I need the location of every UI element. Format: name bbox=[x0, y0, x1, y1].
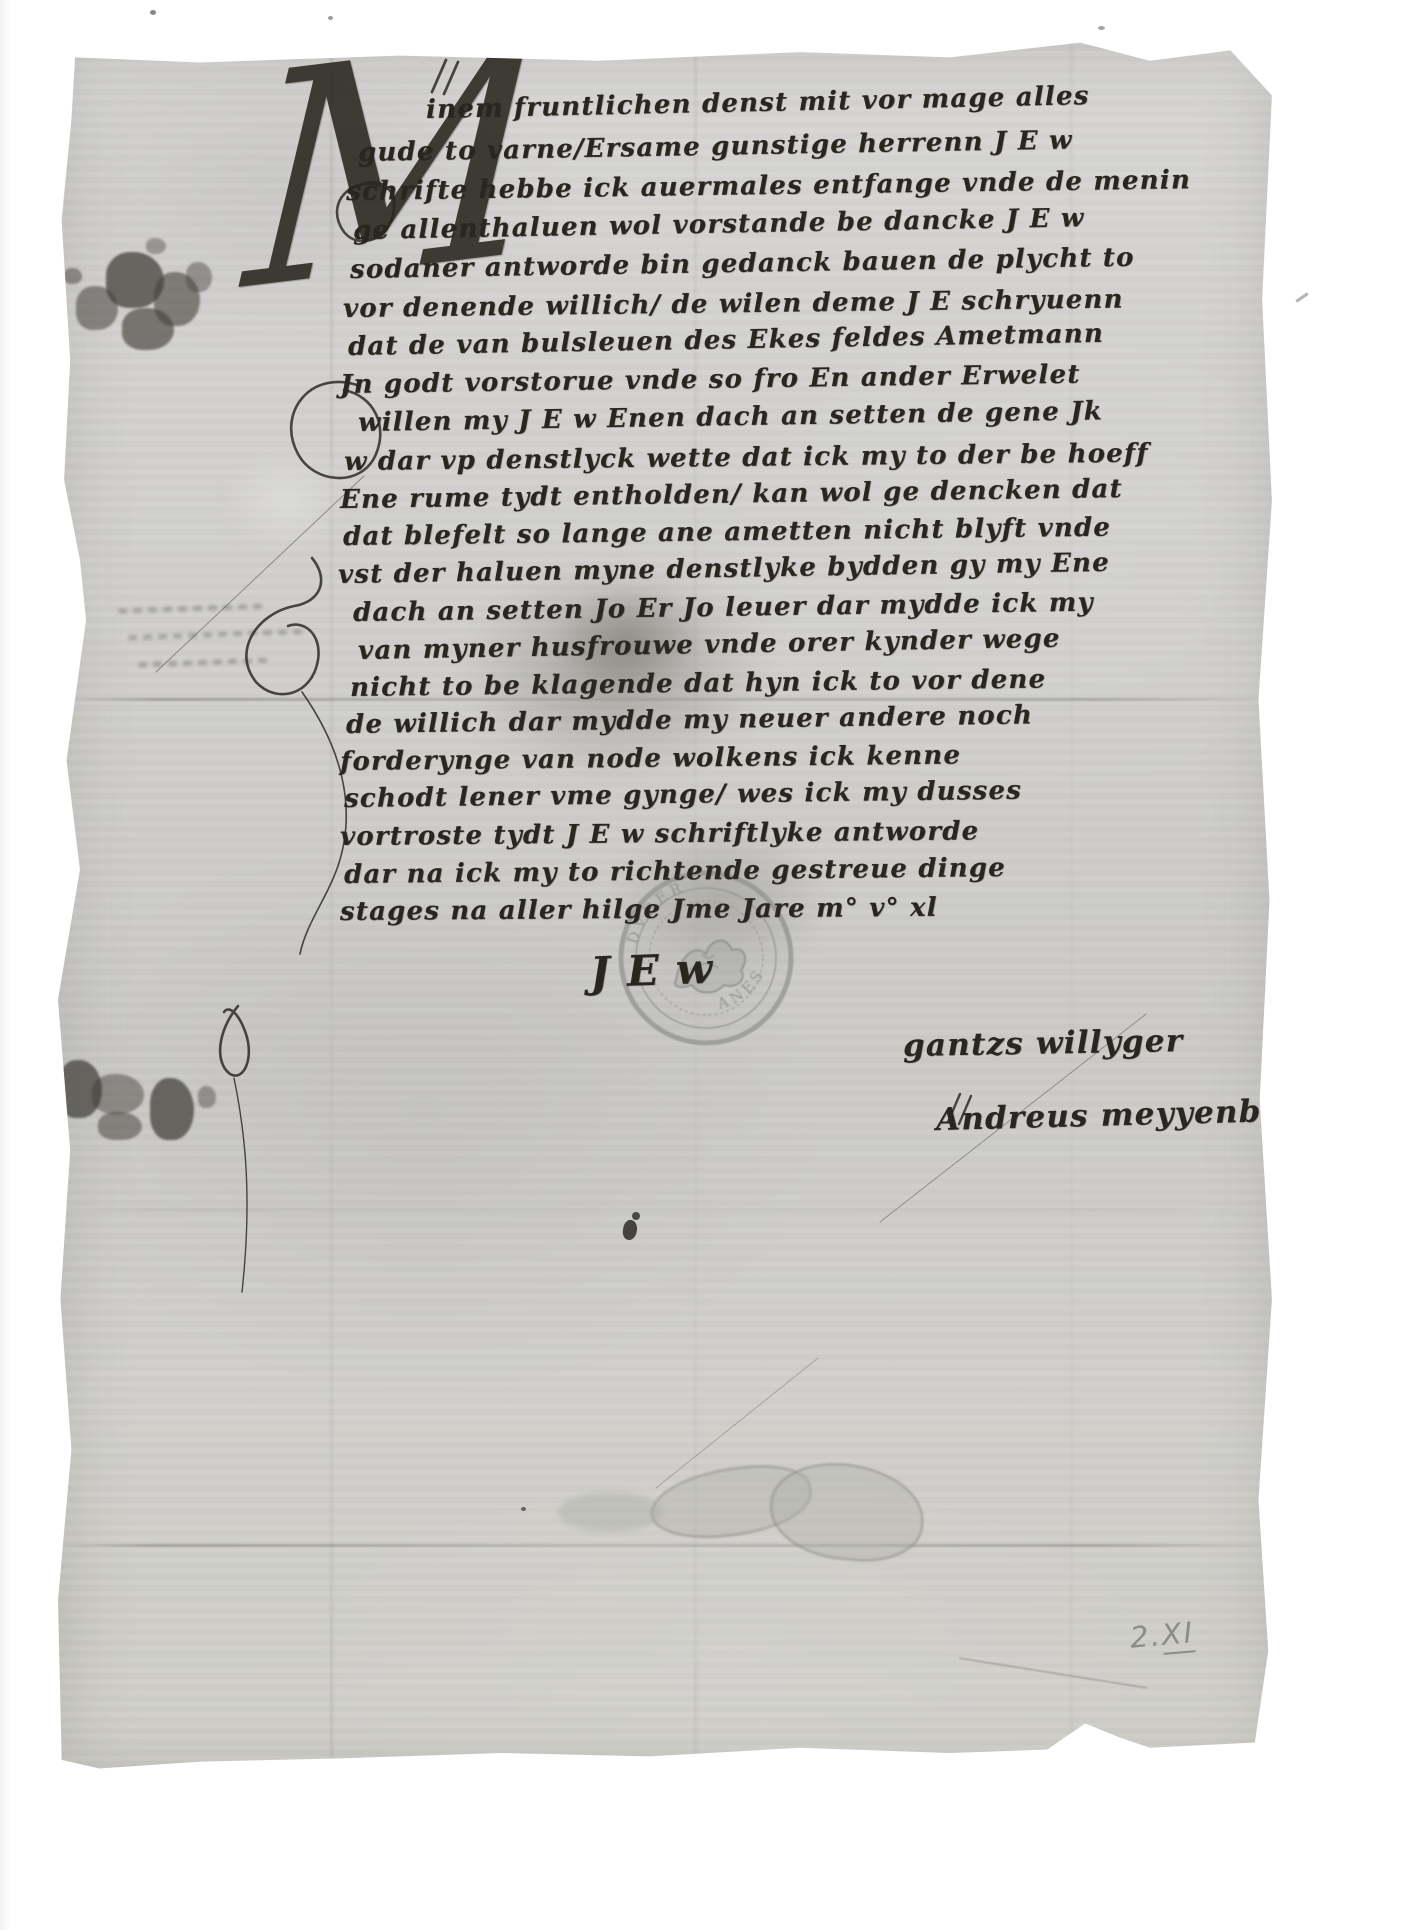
flourish-loop bbox=[246, 558, 321, 694]
annotation-roman-numeral: XI bbox=[1160, 1615, 1196, 1655]
ink-blot bbox=[98, 1112, 142, 1140]
letter-line: Ene rume tydt entholden/ kan wol ge denc… bbox=[340, 474, 1123, 515]
water-stain bbox=[766, 1457, 928, 1566]
letter-line: forderynge van node wolkens ick kenne bbox=[340, 740, 961, 777]
fold-crease bbox=[58, 1544, 1278, 1547]
letter-line: vst der haluen myne denstlyke bydden gy … bbox=[338, 548, 1110, 590]
letter-sheet: DVDER ANES bbox=[58, 40, 1278, 1772]
letter-line: vortroste tydt J E w schriftlyke antword… bbox=[340, 816, 980, 852]
hairline-stroke bbox=[156, 476, 364, 672]
letter-line: willen my J E w Enen dach an setten de g… bbox=[358, 396, 1103, 438]
archival-annotation: 2.XI bbox=[1129, 1615, 1196, 1654]
fold-crease bbox=[58, 1208, 1278, 1211]
dust-speck bbox=[1098, 26, 1105, 30]
letter-line: w dar vp denstlyck wette dat ick my to d… bbox=[344, 439, 1149, 477]
flourish-tail bbox=[234, 1078, 247, 1292]
letter-line: stages na aller hilge Jme Jare m° v° xl bbox=[340, 893, 938, 927]
scratch-line bbox=[959, 1657, 1147, 1689]
letter-line: nicht to be klagende dat hyn ick to vor … bbox=[350, 664, 1047, 703]
ink-blot bbox=[150, 1078, 194, 1140]
ink-blot bbox=[198, 1086, 216, 1108]
letter-line: van myner husfrouwe vnde orer kynder weg… bbox=[358, 624, 1061, 666]
smudge bbox=[220, 445, 350, 555]
letter-line: dat blefelt so lange ane ametten nicht b… bbox=[343, 513, 1111, 552]
fly-speck bbox=[521, 1507, 526, 1511]
letter-line: dar na ick my to richtende gestreue ding… bbox=[344, 853, 1006, 890]
ink-dot bbox=[621, 1219, 639, 1241]
ink-blot bbox=[92, 1074, 144, 1114]
annotation-number: 2. bbox=[1129, 1618, 1164, 1655]
letter-line: Jn godt vorstorue vnde so fro En ander E… bbox=[340, 360, 1081, 400]
ink-dot bbox=[632, 1212, 640, 1220]
letter-line: schodt lener vme gynge/ wes ick my dusse… bbox=[344, 776, 1022, 814]
letter-line: de willich dar mydde my neuer andere noc… bbox=[346, 700, 1033, 740]
ink-blot bbox=[122, 308, 174, 350]
water-stain bbox=[558, 1492, 662, 1532]
ink-blot bbox=[186, 262, 212, 292]
ink-blot bbox=[76, 286, 118, 330]
dust-speck bbox=[328, 16, 333, 20]
dust-speck bbox=[150, 10, 156, 15]
valediction: gantzs willyger bbox=[903, 1023, 1184, 1064]
closing-salute: J E w bbox=[589, 944, 714, 997]
ink-blot bbox=[146, 238, 166, 254]
flourish-loop bbox=[220, 1006, 249, 1076]
letter-line: dach an setten Jo Er Jo leuer dar mydde … bbox=[353, 588, 1094, 628]
edge-mark bbox=[1295, 292, 1308, 302]
signature: Andreus meyyenberger bbox=[936, 1091, 1362, 1138]
ink-blot bbox=[64, 268, 82, 284]
scan-background: DVDER ANES bbox=[0, 0, 1404, 1930]
